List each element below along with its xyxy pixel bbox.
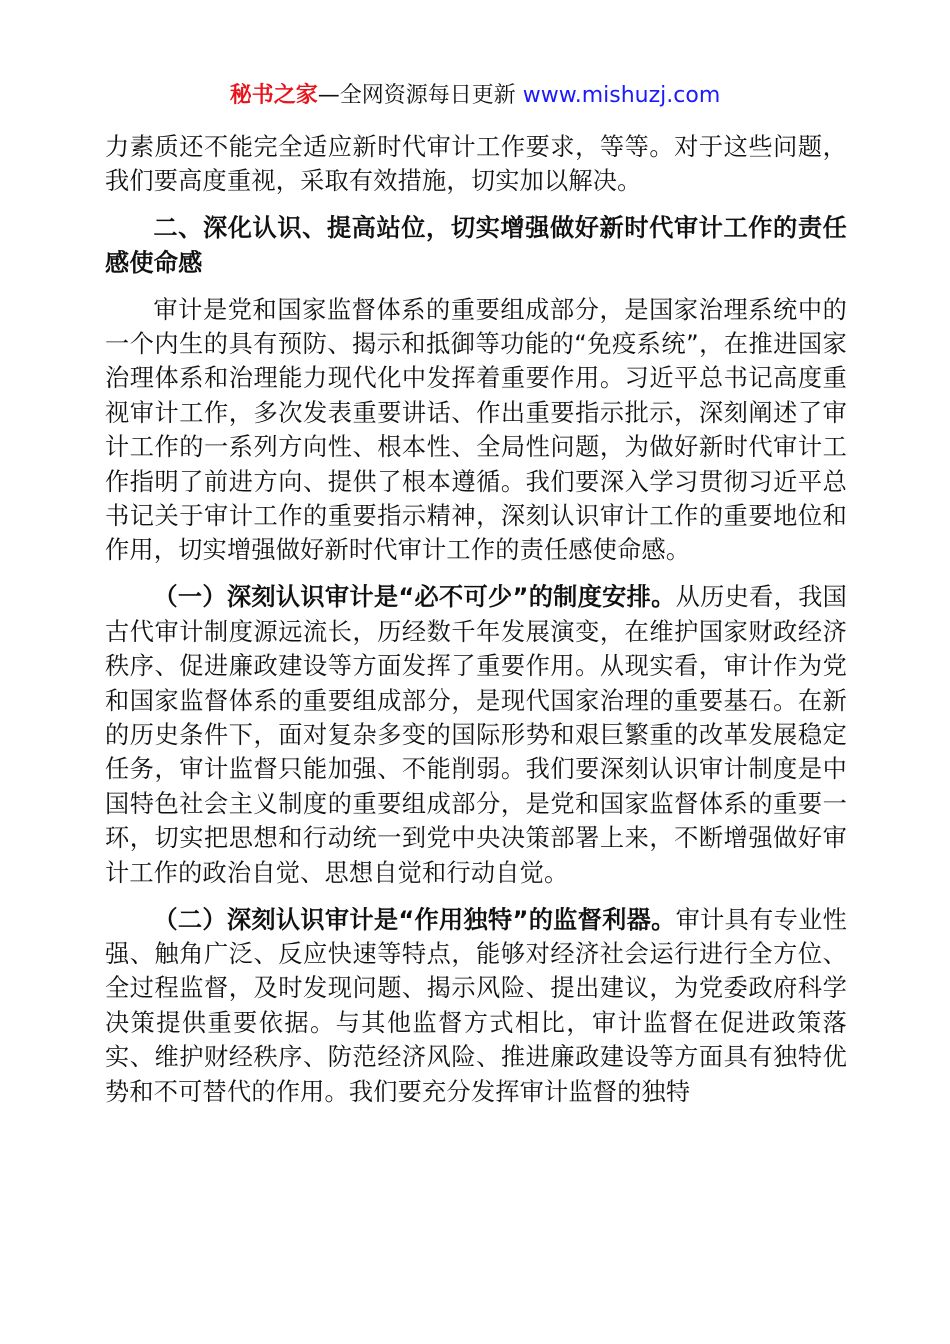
paragraph-item-2: （二）深刻认识审计是“作用独特”的监督利器。审计具有专业性强、触角广泛、反应快速…: [105, 903, 847, 1109]
item-2-body: 审计具有专业性强、触角广泛、反应快速等特点，能够对经济社会运行进行全方位、全过程…: [105, 906, 847, 1106]
paragraph-intro: 审计是党和国家监督体系的重要组成部分，是国家治理系统中的一个内生的具有预防、揭示…: [105, 293, 847, 568]
document-body: 力素质还不能完全适应新时代审计工作要求，等等。对于这些问题，我们要高度重视，采取…: [105, 130, 847, 1109]
section-heading: 二、深化认识、提高站位，切实增强做好新时代审计工作的责任感使命感: [105, 211, 847, 280]
paragraph-item-1: （一）深刻认识审计是“必不可少”的制度安排。从历史看，我国古代审计制度源远流长，…: [105, 580, 847, 890]
header-slogan: —全网资源每日更新: [318, 83, 516, 108]
item-1-lead: （一）深刻认识审计是“必不可少”的制度安排。: [153, 583, 675, 611]
page-header: 秘书之家—全网资源每日更新 www.mishuzj.com: [0, 80, 950, 112]
item-2-lead: （二）深刻认识审计是“作用独特”的监督利器。: [153, 906, 675, 934]
brand-name: 秘书之家: [230, 83, 318, 108]
site-url: www.mishuzj.com: [523, 83, 720, 108]
item-1-body: 从历史看，我国古代审计制度源远流长，历经数千年发展演变，在维护国家财政经济秩序、…: [105, 583, 847, 886]
paragraph-continuation: 力素质还不能完全适应新时代审计工作要求，等等。对于这些问题，我们要高度重视，采取…: [105, 130, 847, 199]
